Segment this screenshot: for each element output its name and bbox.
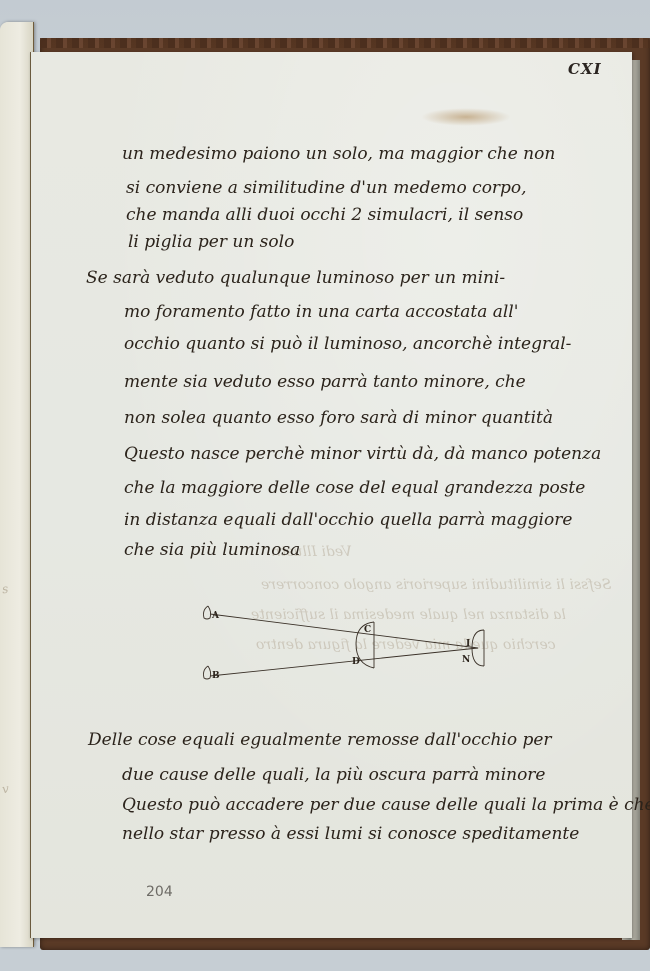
eye-a-icon xyxy=(204,606,211,619)
text-line: li piglia per un solo xyxy=(128,232,294,252)
text-line: in distanza equali dall'occhio quella pa… xyxy=(124,510,572,530)
text-line: Delle cose equali egualmente remosse dal… xyxy=(88,730,552,750)
eye-b-icon xyxy=(204,666,211,679)
text-line: nello star presso à essi lumi si conosce… xyxy=(122,824,579,844)
text-line: che la maggiore delle cose del equal gra… xyxy=(124,478,585,498)
text-line: che sia più luminosa xyxy=(124,540,300,560)
label-b: B xyxy=(212,671,220,681)
optics-diagram: A B C D I N xyxy=(196,596,496,692)
text-line: mente sia veduto esso parrà tanto minore… xyxy=(124,372,526,392)
bleedthrough-line: Sefssi li similitudini superioris angolo… xyxy=(261,577,611,593)
text-line: un medesimo paiono un solo, ma maggior c… xyxy=(122,144,555,164)
text-line: che manda alli duoi occhi 2 simulacri, i… xyxy=(126,205,523,225)
text-line: si conviene a similitudine d'un medemo c… xyxy=(126,178,527,198)
label-a: A xyxy=(211,611,220,621)
facing-page-edge: s v xyxy=(0,22,34,947)
text-line: occhio quanto si può il luminoso, ancorc… xyxy=(124,334,571,354)
label-d: D xyxy=(352,657,360,667)
text-line: Questo può accadere per due cause delle … xyxy=(122,795,650,815)
label-c: C xyxy=(364,625,371,635)
label-i: I xyxy=(466,639,470,649)
pencil-page-number: 204 xyxy=(146,884,173,900)
text-line: mo foramento fatto in una carta accostat… xyxy=(124,302,518,322)
folio-number: CXI xyxy=(568,60,602,78)
text-line: due cause delle quali, la più oscura par… xyxy=(122,765,546,785)
label-n: N xyxy=(462,655,470,665)
text-line: Questo nasce perchè minor virtù dà, dà m… xyxy=(124,444,601,464)
text-line: non solea quanto esso foro sarà di minor… xyxy=(124,408,553,428)
text-line: Se sarà veduto qualunque luminoso per un… xyxy=(86,268,505,288)
water-stain xyxy=(421,108,511,126)
